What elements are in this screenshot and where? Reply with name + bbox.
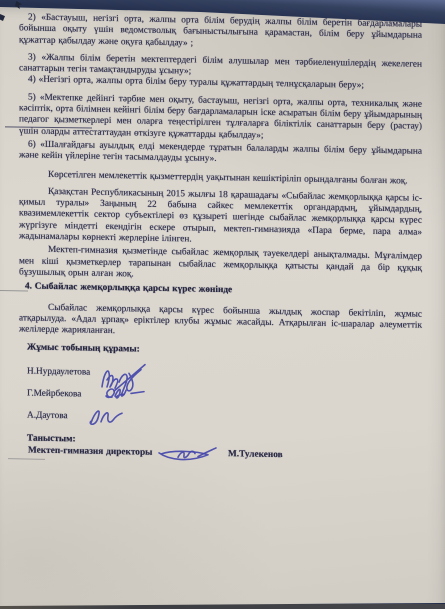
- signature-dautova: [85, 405, 127, 430]
- paragraph-annual-plan: Сыбайлас жемқорлыққа қарсы күрес бойынша…: [19, 302, 422, 343]
- paragraph-services-on-time: Көрсетілген мемлекеттік қызметтердің уақ…: [19, 169, 422, 188]
- director-name: М.Тулекенов: [228, 449, 283, 461]
- list-item-6: 6) «Шалғайдағы ауылдық елді мекендерде т…: [19, 139, 422, 169]
- paragraph-anticorruption-law: Қазақстан Республикасының 2015 жылғы 18 …: [19, 186, 422, 250]
- list-item-2: 2) «Бастауыш, негізгі орта, жалпы орта б…: [19, 12, 422, 53]
- document-text: 2) «Бастауыш, негізгі орта, жалпы орта б…: [0, 0, 445, 464]
- list-item-5: 5) «Мектепке дейінгі тәрбие мен оқыту, б…: [19, 92, 422, 145]
- paragraph-no-violations: Мектеп-гимназия қызметінде сыбайлас жемқ…: [19, 245, 422, 286]
- member-name-dautova: А.Даутова: [27, 411, 68, 422]
- working-group-member: А.Даутова: [27, 411, 422, 430]
- signature-director: [156, 444, 218, 467]
- member-name-nurdauletova: Н.Нурдаулетова: [27, 366, 90, 377]
- scanned-document-photo: 2) «Бастауыш, негізгі орта, жалпы орта б…: [0, 0, 445, 609]
- member-name-meirbekova: Г.Мейрбекова: [27, 389, 81, 400]
- pencil-mark-heading: [0, 290, 28, 292]
- signature-meirbekova: [103, 385, 147, 404]
- working-group-member: Н.Нурдаулетова: [27, 366, 422, 385]
- director-role: Мектеп-гимназия директоры: [28, 445, 152, 457]
- working-group-title: Жұмыс тобының құрамы:: [27, 343, 422, 362]
